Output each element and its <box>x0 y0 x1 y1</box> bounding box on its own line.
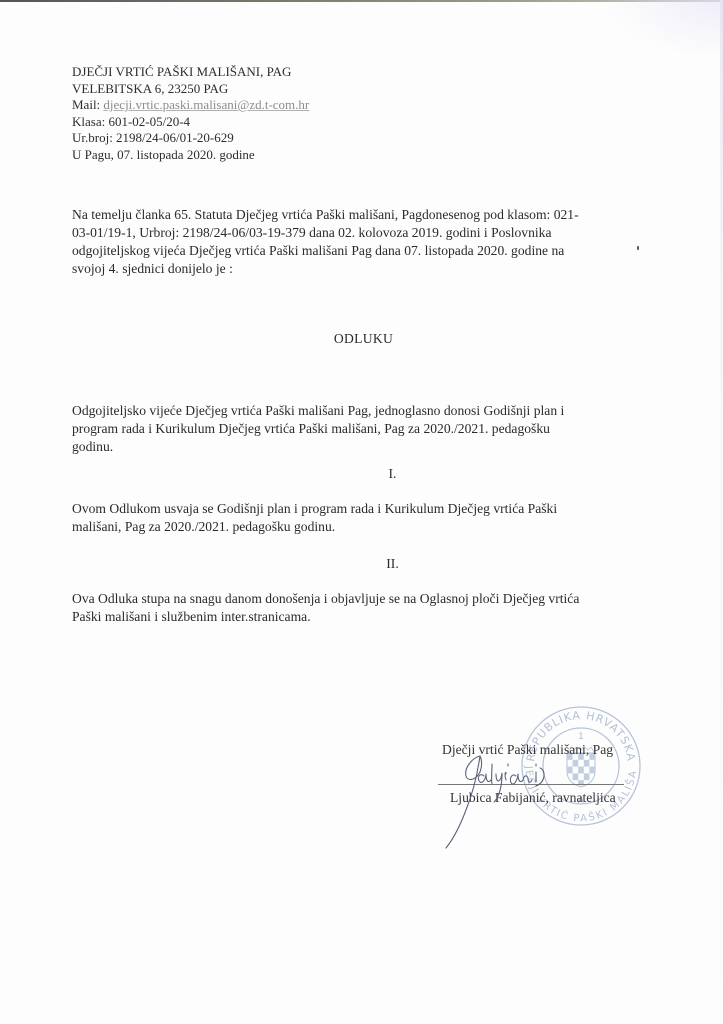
section-number-2: II. <box>0 556 723 572</box>
handwritten-signature-icon <box>428 752 548 852</box>
intro-line: odgojiteljskog vijeća Dječjeg vrtića Paš… <box>72 242 632 260</box>
paragraph-line: godinu. <box>72 438 652 456</box>
section-2-text: Ova Odluka stupa na snagu danom donošenj… <box>72 590 652 626</box>
paragraph-line: Ovom Odlukom usvaja se Godišnji plan i p… <box>72 500 652 518</box>
mail-line: Mail: djecji.vrtic.paski.malisani@zd.t-c… <box>72 97 309 114</box>
paragraph-line: Ova Odluka stupa na snagu danom donošenj… <box>72 590 652 608</box>
paragraph-line: program rada i Kurikulum Dječjeg vrtića … <box>72 420 652 438</box>
mail-label: Mail: <box>72 97 103 112</box>
letterhead: DJEČJI VRTIĆ PAŠKI MALIŠANI, PAG VELEBIT… <box>72 64 309 163</box>
section-number-1: I. <box>0 466 723 482</box>
place-date: U Pagu, 07. listopada 2020. godine <box>72 147 309 164</box>
intro-line: 03-01/19-1, Urbroj: 2198/24-06/03-19-379… <box>72 224 632 242</box>
paragraph-line: Odgojiteljsko vijeće Dječjeg vrtića Pašk… <box>72 402 652 420</box>
intro-line: Na temelju članka 65. Statuta Dječjeg vr… <box>72 206 632 224</box>
stamp-number: 1 <box>578 732 584 742</box>
section-1-text: Ovom Odlukom usvaja se Godišnji plan i p… <box>72 500 652 536</box>
scan-tint <box>603 0 723 60</box>
paragraph-line: Paški mališani i službenim inter.stranic… <box>72 608 652 626</box>
mail-link[interactable]: djecji.vrtic.paski.malisani@zd.t-com.hr <box>103 97 309 112</box>
institution-address: VELEBITSKA 6, 23250 PAG <box>72 81 309 98</box>
paragraph-line: mališani, Pag za 2020./2021. pedagošku g… <box>72 518 652 536</box>
document-title: ODLUKU <box>0 331 723 347</box>
intro-paragraph: Na temelju članka 65. Statuta Dječjeg vr… <box>72 206 632 278</box>
institution-name: DJEČJI VRTIĆ PAŠKI MALIŠANI, PAG <box>72 64 309 81</box>
scan-speck <box>637 246 639 250</box>
klasa: Klasa: 601-02-05/20-4 <box>72 114 309 131</box>
decision-paragraph: Odgojiteljsko vijeće Dječjeg vrtića Pašk… <box>72 402 652 456</box>
intro-line: svojoj 4. sjednici donijelo je : <box>72 260 632 278</box>
urbroj: Ur.broj: 2198/24-06/01-20-629 <box>72 130 309 147</box>
